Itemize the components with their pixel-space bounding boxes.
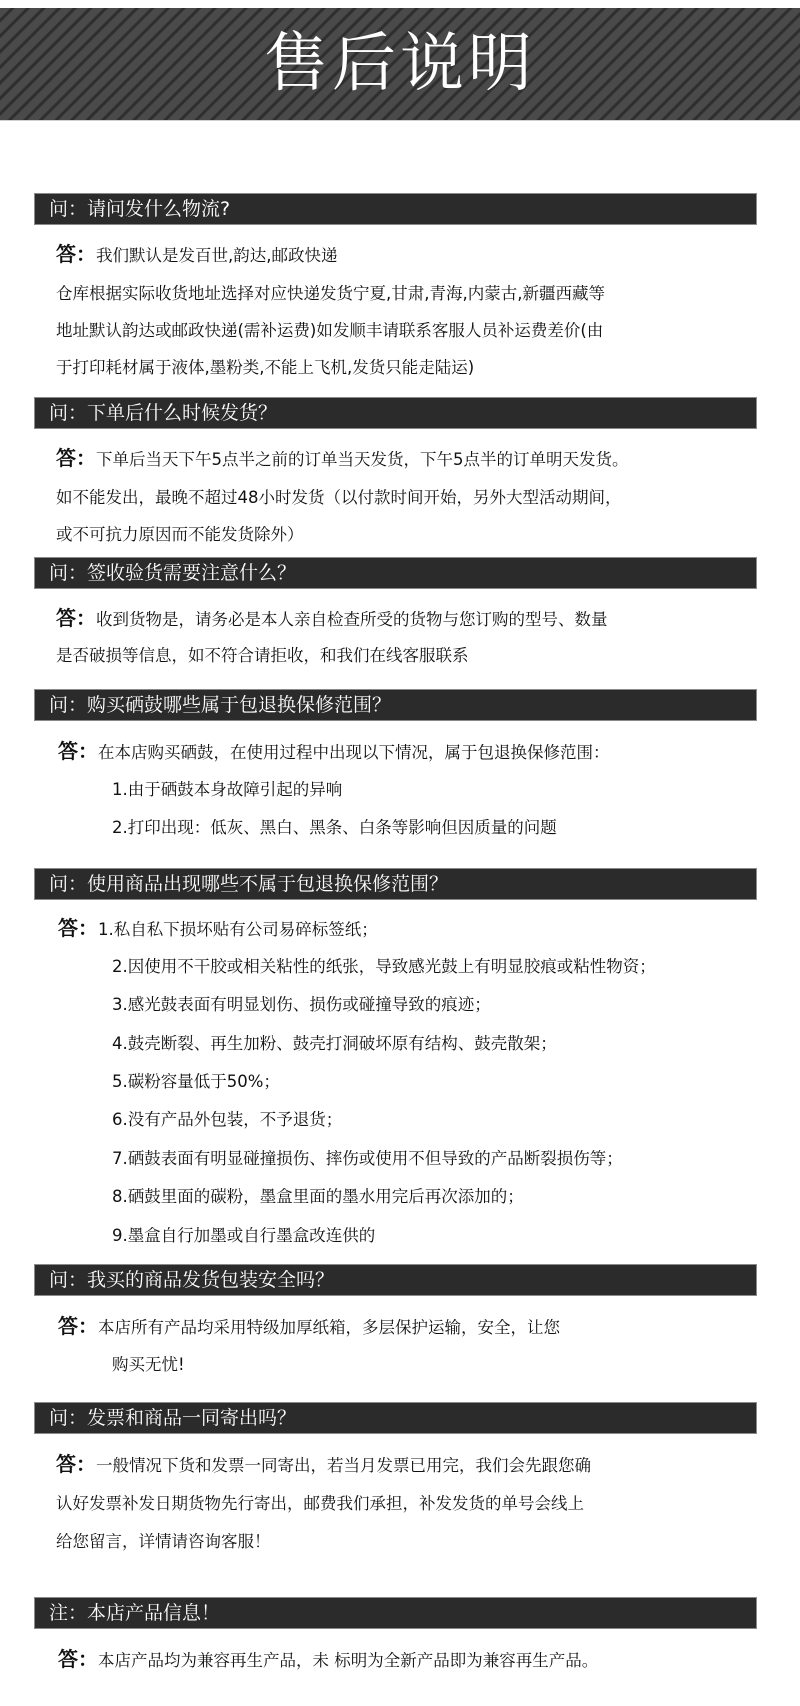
answer-line: 答：下单后当天下午5点半之前的订单当天发货，下午5点半的订单明天发货。 bbox=[56, 447, 629, 471]
question-bar-warranty-covered: 问：购买硒鼓哪些属于包退换保修范围？ bbox=[34, 689, 757, 721]
answer-line: 给您留言，详情请咨询客服！ bbox=[56, 1531, 271, 1553]
answer-line: 3.感光鼓表面有明显划伤、损伤或碰撞导致的痕迹； bbox=[112, 994, 491, 1016]
answer-line: 答：收到货物是，请务必是本人亲自检查所受的货物与您订购的型号、数量 bbox=[56, 607, 608, 631]
answer-line: 购买无忧! bbox=[112, 1354, 185, 1376]
answer-line: 于打印耗材属于液体,墨粉类,不能上飞机,发货只能走陆运) bbox=[56, 357, 474, 379]
question-text: 问：请问发什么物流? bbox=[49, 196, 230, 222]
answer-line: 答：本店所有产品均采用特级加厚纸箱，多层保护运输，安全，让您 bbox=[58, 1315, 560, 1339]
question-text: 问：签收验货需要注意什么？ bbox=[49, 560, 296, 586]
answer-line: 答：我们默认是发百世,韵达,邮政快递 bbox=[56, 243, 338, 267]
question-text: 问：购买硒鼓哪些属于包退换保修范围？ bbox=[49, 692, 391, 718]
page-title: 售后说明 bbox=[0, 26, 800, 102]
answer-text: 本店产品均为兼容再生产品，未 标明为全新产品即为兼容再生产品。 bbox=[98, 1651, 598, 1670]
question-bar-logistics: 问：请问发什么物流? bbox=[34, 193, 757, 225]
answer-text: 本店所有产品均采用特级加厚纸箱，多层保护运输，安全，让您 bbox=[98, 1318, 560, 1337]
answer-text: 一般情况下货和发票一同寄出，若当月发票已用完，我们会先跟您确 bbox=[96, 1456, 591, 1475]
question-text: 问：使用商品出现哪些不属于包退换保修范围？ bbox=[49, 871, 448, 897]
answer-line: 9.墨盒自行加墨或自行墨盒改连供的 bbox=[112, 1225, 375, 1247]
answer-line: 4.鼓壳断裂、再生加粉、鼓壳打洞破坏原有结构、鼓壳散架； bbox=[112, 1033, 557, 1055]
answer-line: 5.碳粉容量低于50%； bbox=[112, 1071, 280, 1093]
answer-text: 收到货物是，请务必是本人亲自检查所受的货物与您订购的型号、数量 bbox=[96, 610, 608, 629]
answer-line: 是否破损等信息，如不符合请拒收，和我们在线客服联系 bbox=[56, 645, 469, 667]
answer-line: 答：在本店购买硒鼓，在使用过程中出现以下情况，属于包退换保修范围： bbox=[58, 740, 610, 764]
note-bar-product-info: 注：本店产品信息！ bbox=[34, 1597, 757, 1629]
question-text: 问：发票和商品一同寄出吗？ bbox=[49, 1405, 296, 1431]
answer-line: 或不可抗力原因而不能发货除外） bbox=[56, 524, 304, 546]
question-bar-invoice: 问：发票和商品一同寄出吗？ bbox=[34, 1402, 757, 1434]
answer-line: 如不能发出，最晚不超过48小时发货（以付款时间开始，另外大型活动期间， bbox=[56, 487, 622, 509]
answer-line: 2.打印出现：低灰、黑白、黑条、白条等影响但因质量的问题 bbox=[112, 817, 557, 839]
answer-label: 答： bbox=[56, 446, 96, 470]
note-text: 注：本店产品信息！ bbox=[49, 1600, 220, 1626]
answer-line: 2.因使用不干胶或相关粘性的纸张，导致感光鼓上有明显胶痕或粘性物资； bbox=[112, 956, 656, 978]
answer-label: 答： bbox=[58, 1314, 98, 1338]
question-bar-warranty-excluded: 问：使用商品出现哪些不属于包退换保修范围？ bbox=[34, 868, 757, 900]
answer-label: 答： bbox=[58, 1647, 98, 1671]
question-bar-shipping-time: 问：下单后什么时候发货？ bbox=[34, 397, 757, 429]
question-text: 问：下单后什么时候发货？ bbox=[49, 400, 277, 426]
answer-text: 我们默认是发百世,韵达,邮政快递 bbox=[96, 246, 338, 265]
answer-line: 答：本店产品均为兼容再生产品，未 标明为全新产品即为兼容再生产品。 bbox=[58, 1648, 598, 1672]
answer-label: 答： bbox=[58, 916, 98, 940]
answer-line: 答：1.私自私下损坏贴有公司易碎标签纸； bbox=[58, 917, 378, 941]
answer-line: 答：一般情况下货和发票一同寄出，若当月发票已用完，我们会先跟您确 bbox=[56, 1453, 591, 1477]
answer-line: 6.没有产品外包装，不予退货； bbox=[112, 1109, 342, 1131]
answer-text: 在本店购买硒鼓，在使用过程中出现以下情况，属于包退换保修范围： bbox=[98, 743, 610, 762]
answer-text: 1.私自私下损坏贴有公司易碎标签纸； bbox=[98, 920, 378, 939]
answer-label: 答： bbox=[56, 606, 96, 630]
header-banner: 售后说明 bbox=[0, 8, 800, 120]
question-text: 问：我买的商品发货包装安全吗？ bbox=[49, 1267, 334, 1293]
answer-line: 仓库根据实际收货地址选择对应快递发货宁夏,甘肃,青海,内蒙古,新疆西藏等 bbox=[56, 283, 605, 305]
answer-label: 答： bbox=[56, 242, 96, 266]
answer-line: 7.硒鼓表面有明显碰撞损伤、摔伤或使用不但导致的产品断裂损伤等； bbox=[112, 1148, 623, 1170]
answer-line: 地址默认韵达或邮政快递(需补运费)如发顺丰请联系客服人员补运费差价(由 bbox=[56, 320, 603, 342]
answer-text: 下单后当天下午5点半之前的订单当天发货，下午5点半的订单明天发货。 bbox=[96, 450, 629, 469]
question-bar-inspection: 问：签收验货需要注意什么？ bbox=[34, 557, 757, 589]
answer-line: 8.硒鼓里面的碳粉，墨盒里面的墨水用完后再次添加的； bbox=[112, 1186, 524, 1208]
answer-line: 1.由于硒鼓本身故障引起的异响 bbox=[112, 779, 342, 801]
answer-label: 答： bbox=[58, 739, 98, 763]
answer-line: 认好发票补发日期货物先行寄出，邮费我们承担，补发发货的单号会线上 bbox=[56, 1493, 584, 1515]
answer-label: 答： bbox=[56, 1452, 96, 1476]
question-bar-packaging: 问：我买的商品发货包装安全吗？ bbox=[34, 1264, 757, 1296]
